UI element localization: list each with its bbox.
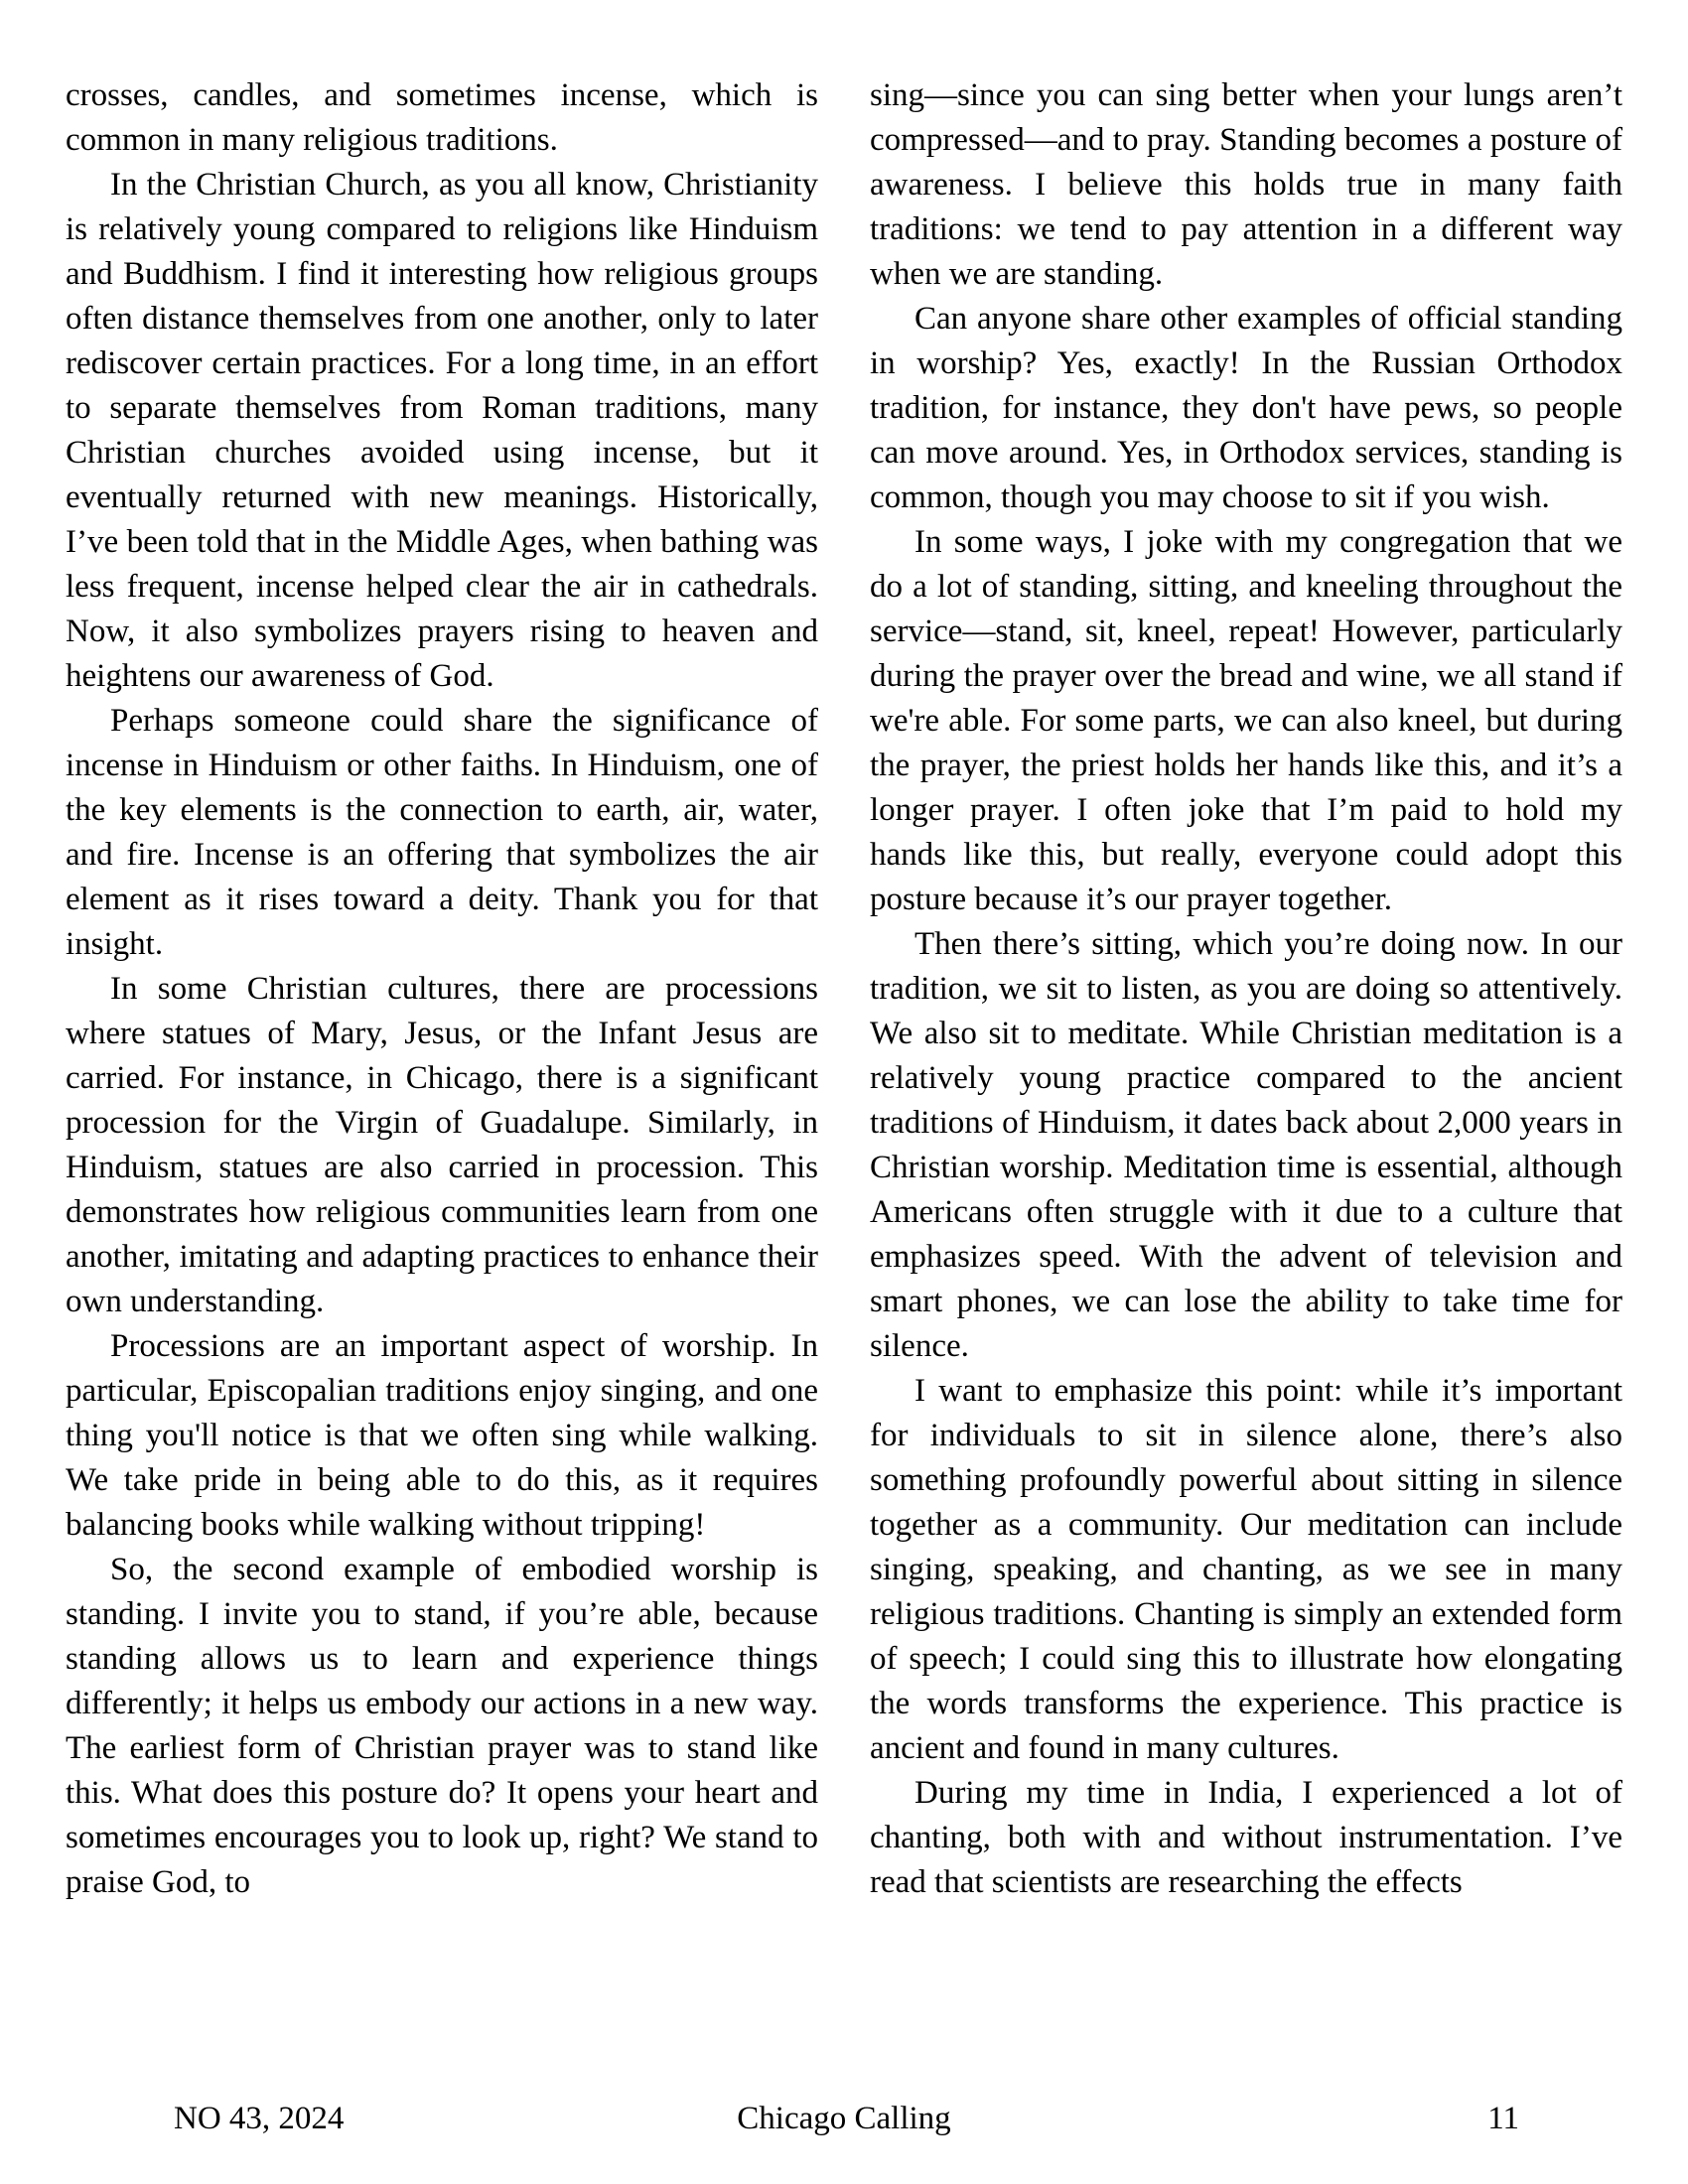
publication-title: Chicago Calling	[0, 2097, 1688, 2141]
paragraph: In some ways, I joke with my congregatio…	[870, 520, 1622, 922]
paragraph: Then there’s sitting, which you’re doing…	[870, 922, 1622, 1369]
paragraph: So, the second example of embodied worsh…	[66, 1548, 818, 1905]
paragraph: Perhaps someone could share the signific…	[66, 699, 818, 967]
paragraph: sing—since you can sing better when your…	[870, 73, 1622, 297]
left-column: crosses, candles, and sometimes incense,…	[66, 73, 818, 2069]
right-column: sing—since you can sing better when your…	[870, 73, 1622, 2069]
document-page: crosses, candles, and sometimes incense,…	[0, 0, 1688, 2184]
paragraph: Can anyone share other examples of offic…	[870, 297, 1622, 520]
text-columns: crosses, candles, and sometimes incense,…	[66, 73, 1622, 2069]
paragraph: During my time in India, I experienced a…	[870, 1771, 1622, 1905]
paragraph: In some Christian cultures, there are pr…	[66, 967, 818, 1324]
paragraph: In the Christian Church, as you all know…	[66, 163, 818, 699]
paragraph: Processions are an important aspect of w…	[66, 1324, 818, 1548]
paragraph: crosses, candles, and sometimes incense,…	[66, 73, 818, 163]
paragraph: I want to emphasize this point: while it…	[870, 1369, 1622, 1771]
page-number: 11	[1487, 2097, 1519, 2141]
